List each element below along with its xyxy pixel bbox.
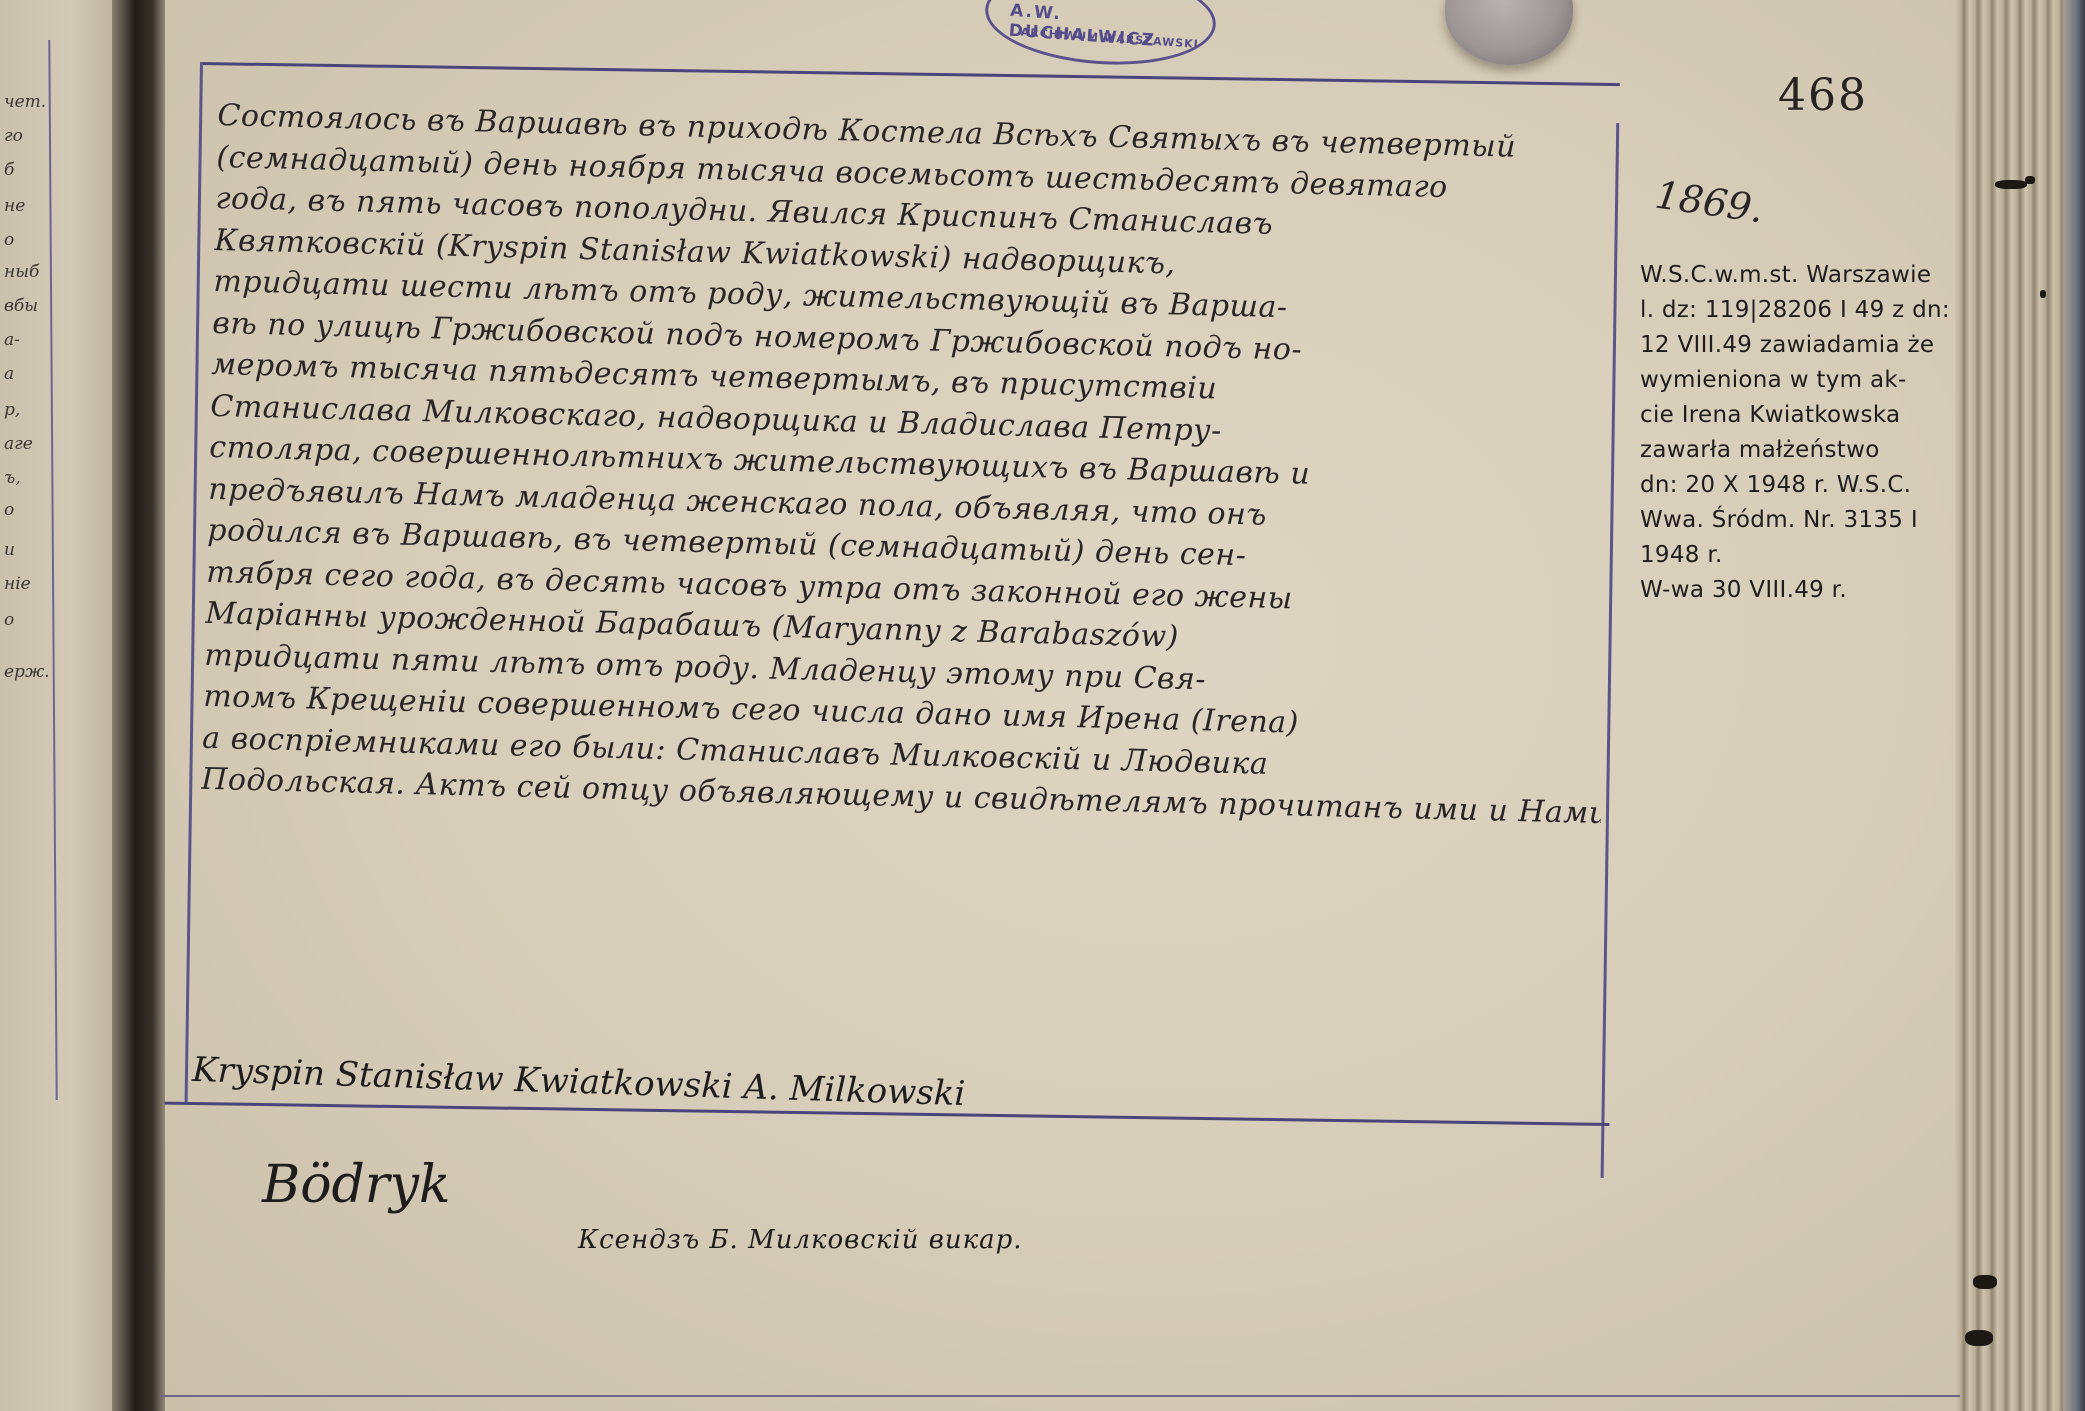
margin-line: wymieniona w tym ak- [1640, 363, 1960, 398]
book-gutter-shadow [112, 0, 170, 1411]
entry-text: Состоялось въ Варшавѣ въ приходѣ Костела… [201, 95, 1618, 834]
margin-line: Wwa. Śródm. Nr. 3135 I [1640, 503, 1960, 538]
ink-blot [2025, 176, 2035, 184]
left-page-text: не [4, 196, 25, 216]
left-page-text: о [4, 610, 14, 630]
margin-line: 12 VIII.49 zawiadamia że [1640, 328, 1960, 363]
margin-line: dn: 20 X 1948 r. W.S.C. [1640, 468, 1960, 503]
left-page-text: б [4, 160, 14, 180]
signature-priest: Ксендзъ Б. Милковскій викар. [578, 1225, 1023, 1255]
left-page-text: а- [4, 330, 20, 350]
left-page-fragment: чет. го б не о ныб вбы а- а р, аге ъ, о … [0, 0, 118, 1411]
left-page-text: ерж. [4, 662, 50, 682]
left-page-text: р, [4, 400, 20, 420]
left-page-text: и [4, 540, 15, 560]
left-page-text: а [4, 364, 14, 384]
next-entry-rule [160, 1395, 1960, 1397]
left-page-text: аге [4, 434, 33, 454]
ink-blot [1965, 1330, 1993, 1346]
left-page-margin-rule [48, 40, 57, 1100]
margin-line: W.S.C.w.m.st. Warszawie [1640, 258, 1960, 293]
margin-line: 1948 r. [1640, 538, 1960, 573]
ink-blot [1995, 180, 2027, 189]
margin-annotation: 1869. W.S.C.w.m.st. Warszawie l. dz: 119… [1640, 180, 1960, 608]
margin-line: cie Irena Kwiatkowska [1640, 398, 1960, 433]
ink-blot [2040, 290, 2046, 298]
margin-line: l. dz: 119|28206 I 49 z dn: [1640, 293, 1960, 328]
margin-year: 1869. [1652, 173, 1766, 232]
left-page-text: вбы [4, 296, 38, 316]
book-page-edges [1955, 0, 2085, 1411]
left-page-text: ъ, [4, 468, 21, 488]
page-number: 468 [1778, 70, 1868, 121]
left-page-text: о [4, 230, 14, 250]
left-page-text: о [4, 500, 14, 520]
left-page-text: ніе [4, 574, 31, 594]
margin-line: W-wa 30 VIII.49 r. [1640, 573, 1960, 608]
margin-line: zawarła małżeństwo [1640, 433, 1960, 468]
ink-blot [1973, 1275, 1997, 1289]
left-page-text: ныб [4, 262, 39, 282]
signature-second-witness: Bödryk [262, 1155, 451, 1215]
left-page-text: го [4, 126, 23, 146]
left-page-text: чет. [4, 92, 46, 112]
